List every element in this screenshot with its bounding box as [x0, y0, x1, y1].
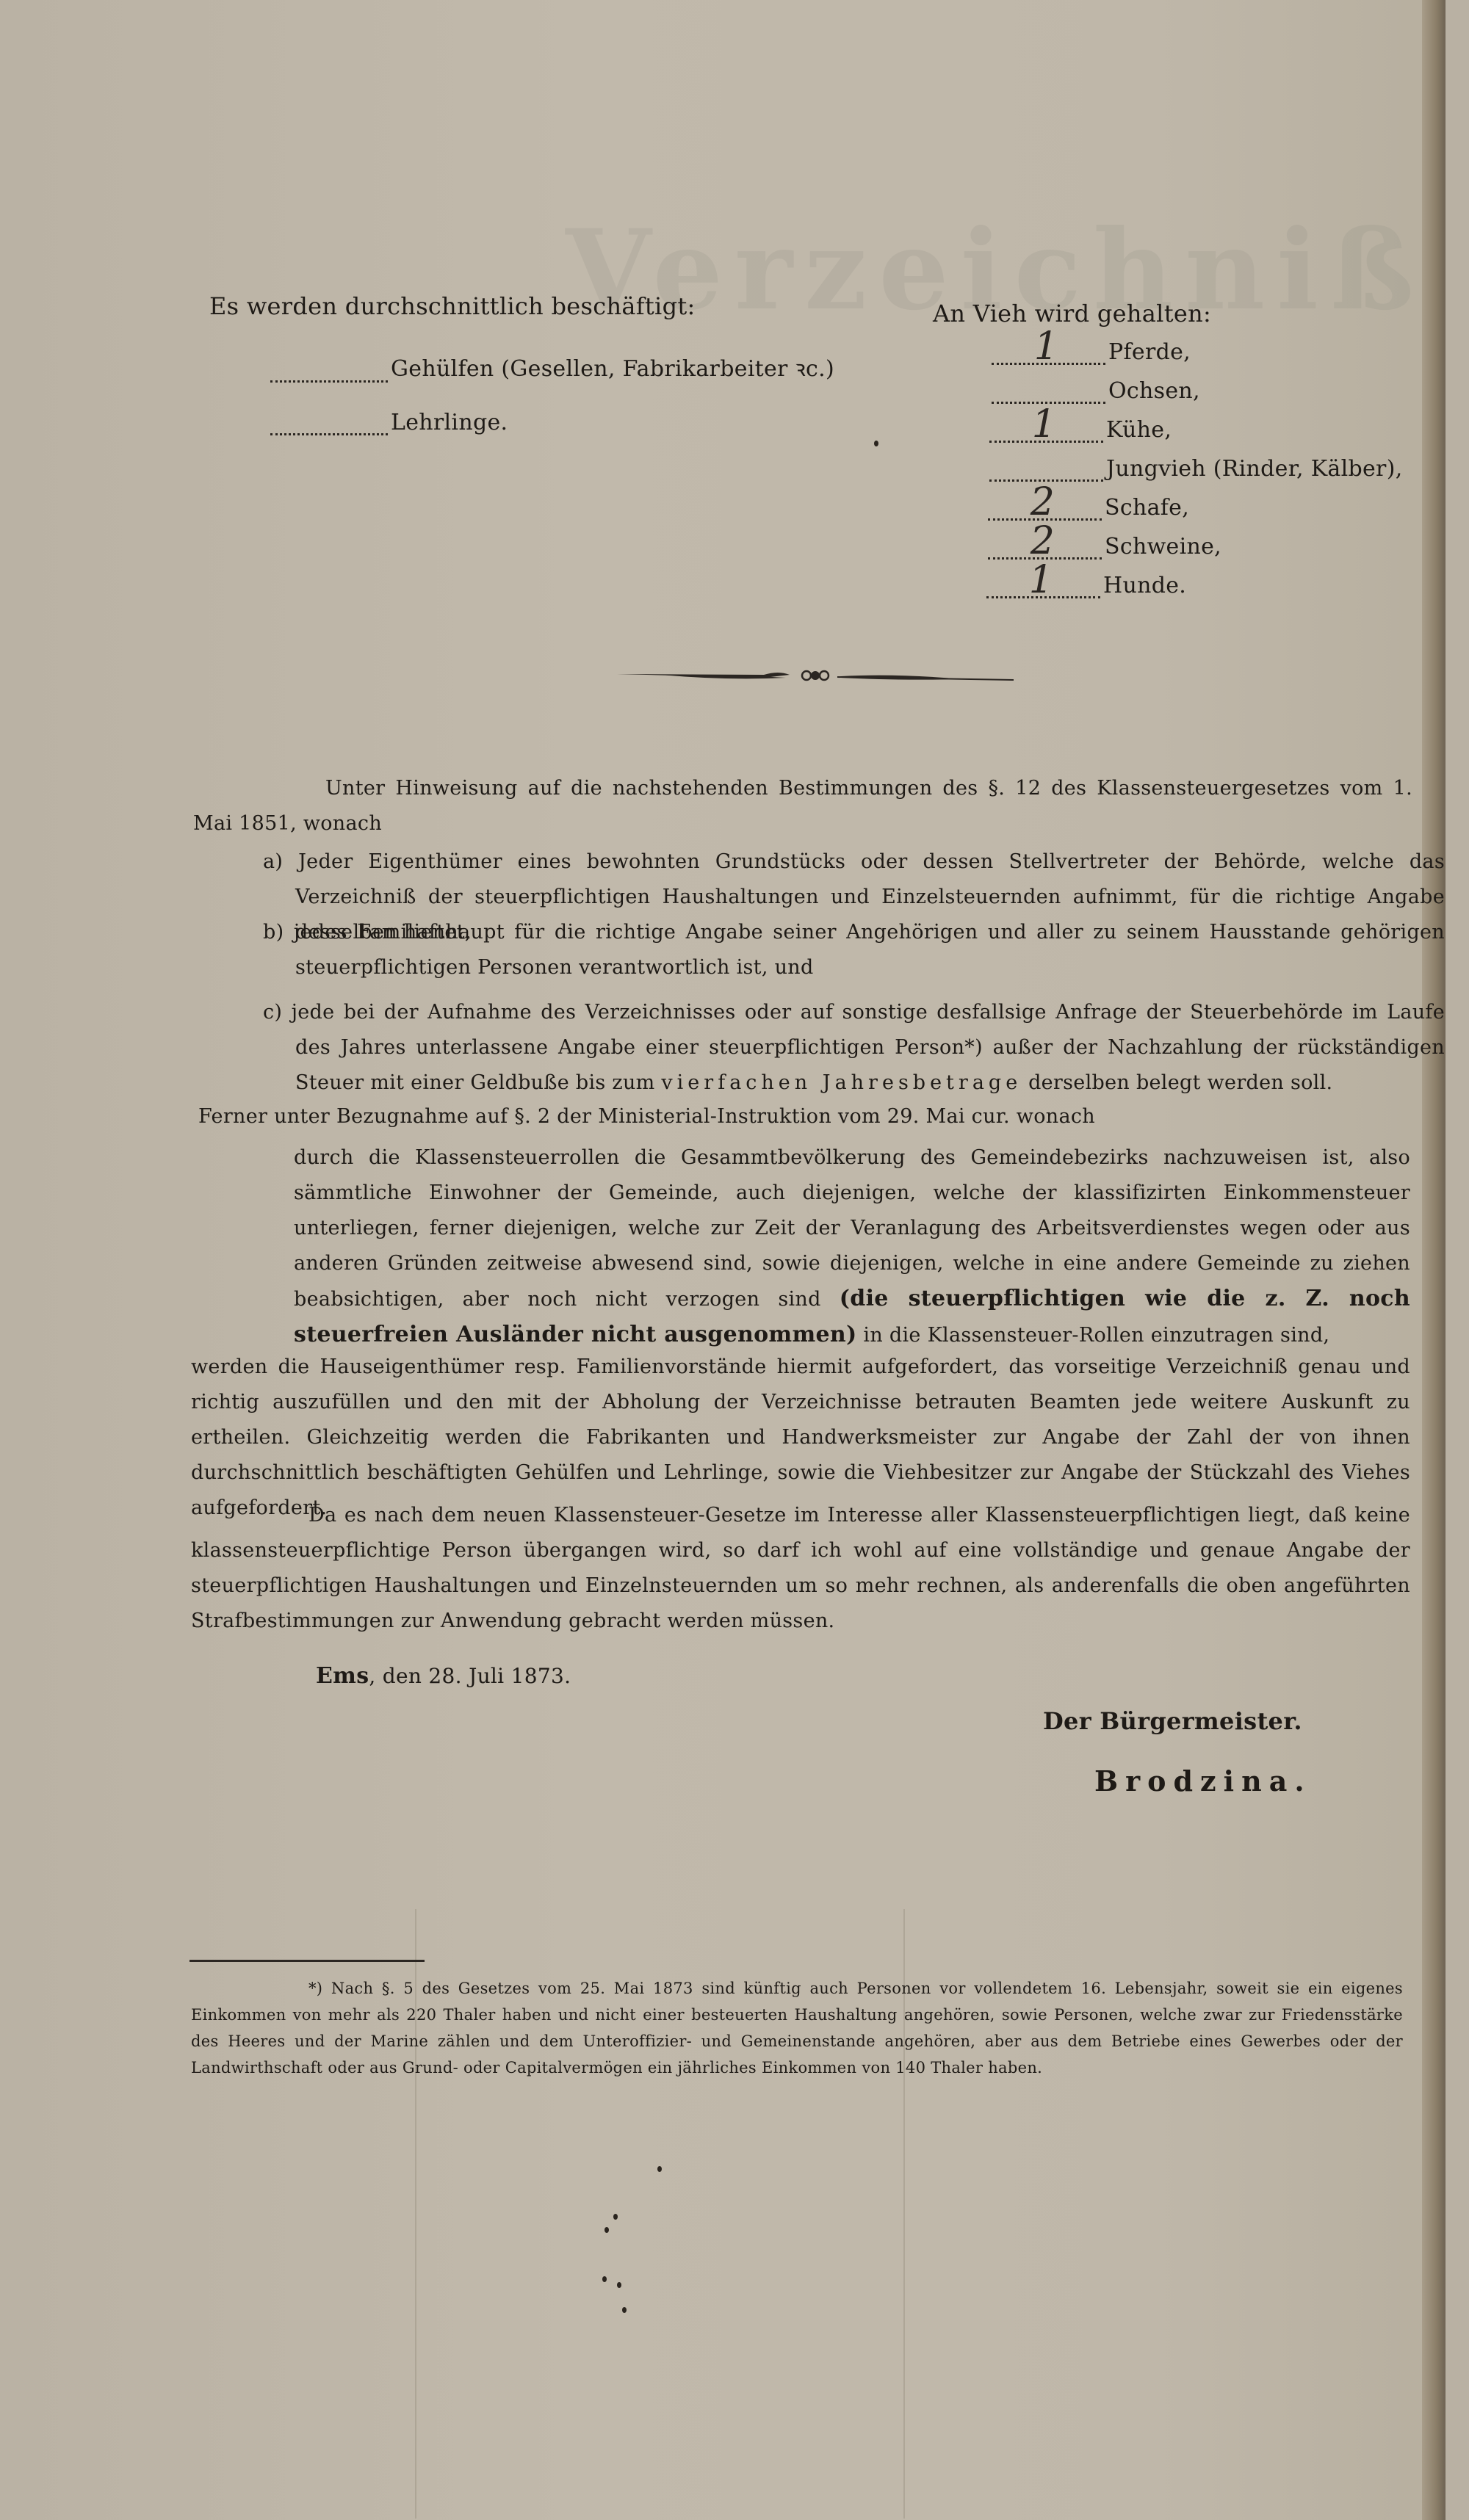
ornament-divider-icon	[617, 665, 1014, 687]
further-text: in die Klassensteuer-Rollen einzutragen …	[857, 1324, 1330, 1347]
ink-speck	[657, 2166, 662, 2172]
employees-row-lehrlinge: Lehrlinge.	[270, 410, 508, 435]
row-label: Jungvieh (Rinder, Kälber),	[1106, 456, 1403, 482]
livestock-row-hunde: 1 Hunde.	[986, 573, 1186, 598]
ink-speck	[622, 2307, 627, 2313]
provision-marker: b)	[263, 921, 284, 944]
ink-speck	[617, 2282, 621, 2288]
count-field[interactable]: 1	[989, 424, 1103, 443]
row-label: Pferde,	[1108, 339, 1191, 365]
livestock-row-schafe: 2 Schafe,	[988, 495, 1189, 521]
provision-emphasis: vierfachen Jahresbetrage	[661, 1071, 1022, 1094]
count-field[interactable]	[992, 385, 1105, 404]
provision-text: jedes Familienhaupt für die richtige Ang…	[294, 921, 1445, 979]
date-line: Ems, den 28. Juli 1873.	[316, 1663, 571, 1689]
provision-text: derselben belegt werden soll.	[1022, 1071, 1332, 1094]
livestock-row-kuehe: 1 Kühe,	[989, 417, 1172, 443]
provision-marker: a)	[263, 850, 283, 873]
count-field[interactable]	[989, 463, 1103, 482]
employees-heading: Es werden durchschnittlich beschäftigt:	[209, 292, 696, 320]
employees-row-gehuelfen: Gehülfen (Gesellen, Fabrikarbeiter ꝛc.)	[270, 352, 834, 383]
intro-paragraph: Unter Hinweisung auf die nachstehenden B…	[193, 771, 1412, 841]
further-lead: Ferner unter Bezugnahme auf §. 2 der Min…	[198, 1099, 1410, 1134]
livestock-row-ochsen: Ochsen,	[992, 378, 1200, 404]
count-field[interactable]: 1	[992, 347, 1105, 365]
livestock-row-jungvieh: Jungvieh (Rinder, Kälber),	[989, 456, 1403, 482]
page-edge	[1422, 0, 1445, 2520]
ink-speck	[604, 2227, 609, 2233]
place-name: Ems	[316, 1663, 369, 1689]
count-field[interactable]: 1	[986, 580, 1100, 598]
row-label: Lehrlinge.	[391, 410, 508, 435]
row-label: Schafe,	[1105, 495, 1189, 521]
ink-speck	[602, 2276, 607, 2282]
row-label: Kühe,	[1106, 417, 1172, 443]
closing-paragraph: Da es nach dem neuen Klassensteuer-Geset…	[191, 1498, 1410, 1639]
row-label: Hunde.	[1103, 573, 1186, 598]
count-field[interactable]	[270, 364, 388, 383]
count-field[interactable]: 2	[988, 541, 1102, 560]
ink-speck	[613, 2214, 618, 2220]
official-title: Der Bürgermeister.	[1043, 1707, 1302, 1735]
row-label: Ochsen,	[1108, 378, 1200, 404]
ink-speck	[874, 441, 878, 446]
count-field[interactable]	[270, 417, 388, 435]
provision-c: c) jede bei der Aufnahme des Verzeichnis…	[263, 995, 1445, 1101]
livestock-row-schweine: 2 Schweine,	[988, 534, 1221, 560]
footnote-rule	[190, 1960, 425, 1962]
row-label: Gehülfen (Gesellen, Fabrikarbeiter ꝛc.)	[391, 352, 834, 383]
provision-b: b) jedes Familienhaupt für die richtige …	[263, 915, 1445, 985]
livestock-heading: An Vieh wird gehalten:	[933, 300, 1211, 327]
signature-name: Brodzina.	[1094, 1764, 1312, 1797]
further-body: durch die Klassensteuerrollen die Gesamm…	[294, 1140, 1410, 1353]
footnote: *) Nach §. 5 des Gesetzes vom 25. Mai 18…	[191, 1975, 1403, 2081]
livestock-row-pferde: 1 Pferde,	[992, 339, 1191, 365]
count-field[interactable]: 2	[988, 502, 1102, 521]
provision-marker: c)	[263, 1001, 282, 1024]
date-text: , den 28. Juli 1873.	[369, 1664, 571, 1688]
row-label: Schweine,	[1105, 534, 1221, 560]
document-page: Verzeichniß Es werden durchschnittlich b…	[0, 0, 1445, 2520]
